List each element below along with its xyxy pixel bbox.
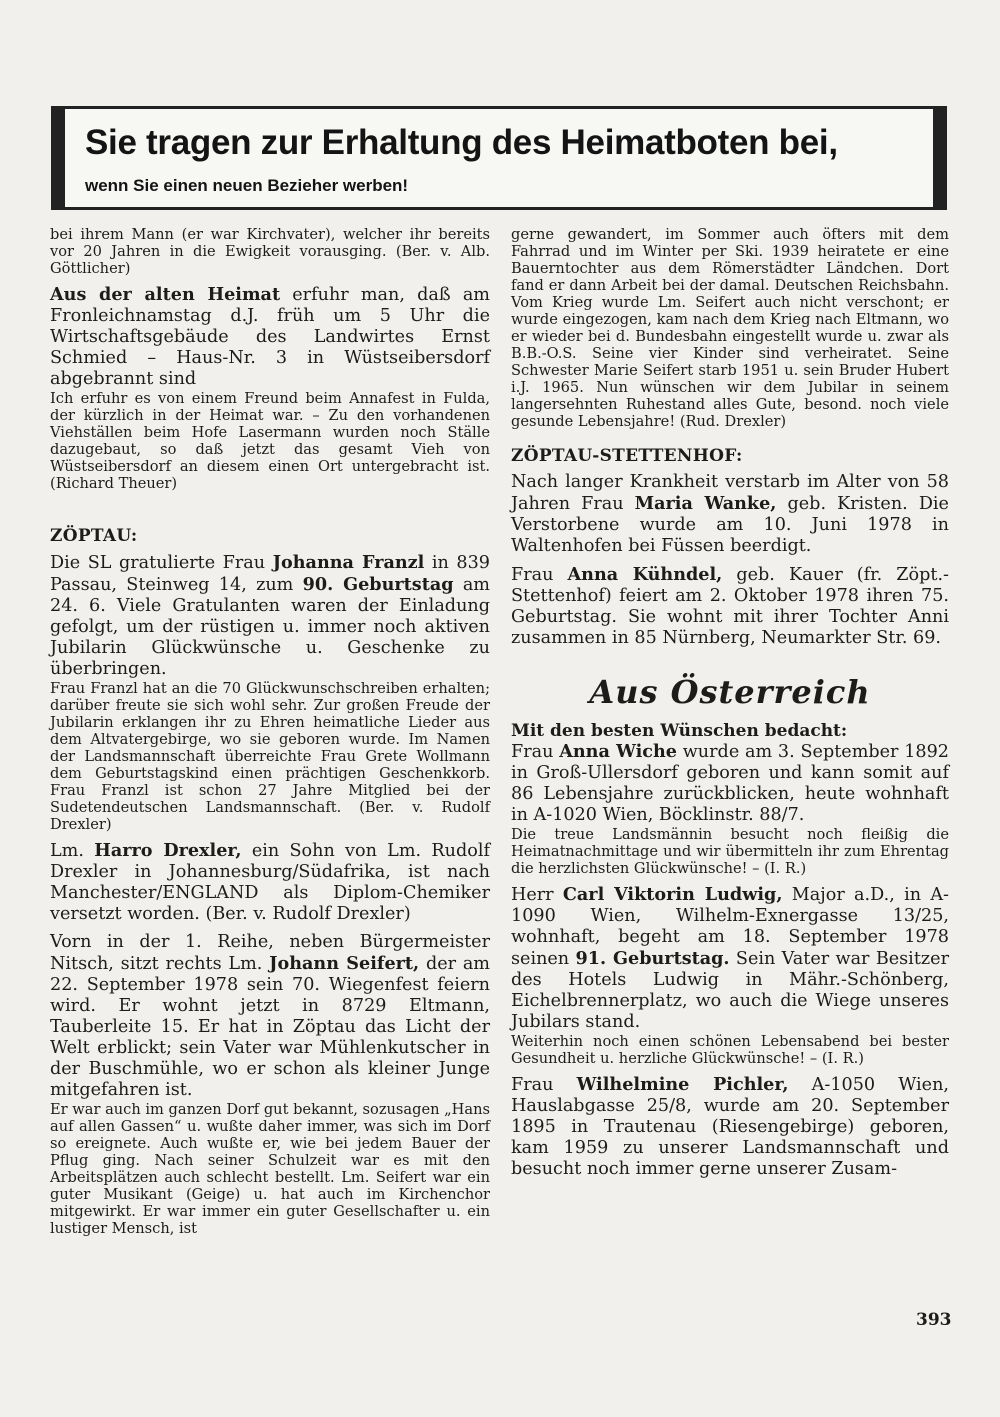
banner-title: Sie tragen zur Erhaltung des Heimatboten… bbox=[85, 123, 838, 163]
banner-subtitle: wenn Sie einen neuen Bezieher werben! bbox=[85, 176, 408, 196]
paragraph: Die SL gratulierte Frau Johanna Franzl i… bbox=[50, 552, 490, 680]
left-column: bei ihrem Mann (er war Kirchvater), welc… bbox=[50, 226, 490, 1237]
section-heading-zoeptau-stettenhof: ZÖPTAU-STETTENHOF: bbox=[511, 446, 949, 466]
paragraph: Herr Carl Viktorin Ludwig, Major a.D., i… bbox=[511, 884, 949, 1033]
right-column: gerne gewandert, im Sommer auch öfters m… bbox=[511, 226, 949, 1180]
page-number: 393 bbox=[916, 1310, 952, 1330]
paragraph: Frau Wilhelmine Pichler, A-1050 Wien, Ha… bbox=[511, 1074, 949, 1180]
section-heading-zoeptau: ZÖPTAU: bbox=[50, 526, 490, 546]
paragraph: Er war auch im ganzen Dorf gut bekannt, … bbox=[50, 1101, 490, 1237]
paragraph: Ich erfuhr es von einem Freund beim Anna… bbox=[50, 390, 490, 492]
paragraph: Frau Anna Wiche wurde am 3. September 18… bbox=[511, 741, 949, 826]
bold-lead: Aus der alten Heimat bbox=[50, 284, 280, 305]
paragraph: Die treue Landsmännin besucht noch fleiß… bbox=[511, 826, 949, 877]
paragraph: Vorn in der 1. Reihe, neben Bürgermeiste… bbox=[50, 932, 490, 1101]
paragraph: Aus der alten Heimat erfuhr man, daß am … bbox=[50, 284, 490, 390]
paragraph: Weiterhin noch einen schönen Lebensabend… bbox=[511, 1033, 949, 1067]
paragraph: gerne gewandert, im Sommer auch öfters m… bbox=[511, 226, 949, 430]
subheading: Mit den besten Wünschen bedacht: bbox=[511, 721, 949, 741]
document-page: Sie tragen zur Erhaltung des Heimatboten… bbox=[0, 0, 1000, 1417]
paragraph: Lm. Harro Drexler, ein Sohn von Lm. Rudo… bbox=[50, 840, 490, 925]
subscription-banner: Sie tragen zur Erhaltung des Heimatboten… bbox=[51, 106, 947, 210]
paragraph: Nach langer Krankheit verstarb im Alter … bbox=[511, 472, 949, 557]
paragraph: Frau Franzl hat an die 70 Glückwunschsch… bbox=[50, 680, 490, 833]
paragraph: Frau Anna Kühndel, geb. Kauer (fr. Zöpt.… bbox=[511, 564, 949, 649]
section-title-austria: Aus Österreich bbox=[511, 673, 949, 711]
paragraph: bei ihrem Mann (er war Kirchvater), welc… bbox=[50, 226, 490, 277]
